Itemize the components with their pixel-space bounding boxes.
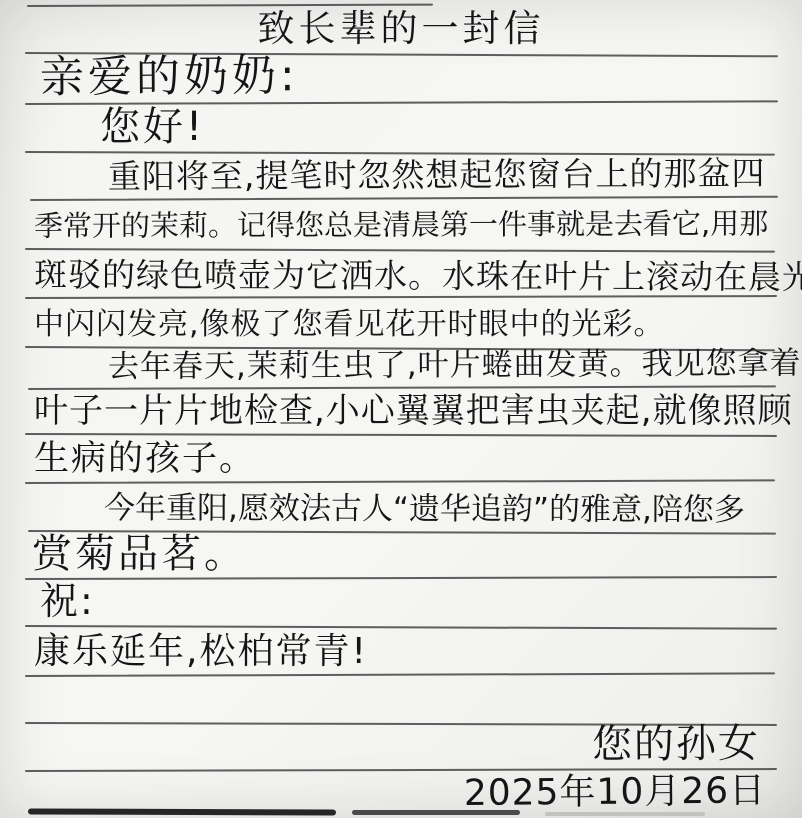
greeting: 您好! <box>100 107 205 147</box>
rule-line <box>25 248 775 253</box>
signature: 您的孙女 <box>592 724 760 765</box>
body-line-8: 今年重阳,愿效法古人“遗华追韵”的雅意,陪您多 <box>104 493 745 526</box>
body-line-2: 季常开的茉莉。记得您总是清晨第一件事就是去看它,用那 <box>34 209 768 241</box>
salutation: 亲爱的奶奶: <box>40 54 299 100</box>
wish-text: 康乐延年,松柏常青! <box>34 634 368 670</box>
wish-label: 祝: <box>40 582 95 620</box>
body-line-5: 去年春天,茉莉生虫了,叶片蜷曲发黄。我见您拿着 <box>108 348 802 383</box>
rule-line <box>25 625 777 630</box>
rule-line <box>25 672 775 677</box>
bottom-ink-smudge <box>352 810 520 815</box>
body-line-1: 重阳将至,提笔时忽然想起您窗台上的那盆四 <box>108 157 766 193</box>
body-line-7: 生病的孩子。 <box>34 442 256 477</box>
body-line-6: 叶子一片片地检查,小心翼翼把害虫夹起,就像照顾 <box>34 394 793 428</box>
bottom-ink-smudge <box>545 812 705 816</box>
bottom-ink-smudge <box>28 808 336 815</box>
rule-line <box>25 433 777 437</box>
rule-line <box>30 196 778 201</box>
date: 2025年10月26日 <box>463 773 766 812</box>
letter-paper: 致长辈的一封信 亲爱的奶奶: 您好! 重阳将至,提笔时忽然想起您窗台上的那盆四 … <box>0 0 802 818</box>
letter-title: 致长辈的一封信 <box>0 10 802 47</box>
rule-line <box>28 385 776 390</box>
rule-line <box>25 479 775 484</box>
body-line-9: 赏菊品茗。 <box>32 534 247 574</box>
body-line-4: 中闪闪发亮,像极了您看见花开时眼中的光彩。 <box>34 310 665 340</box>
body-line-3: 斑驳的绿色喷壶为它洒水。水珠在叶片上滚动在晨光 <box>34 258 802 294</box>
